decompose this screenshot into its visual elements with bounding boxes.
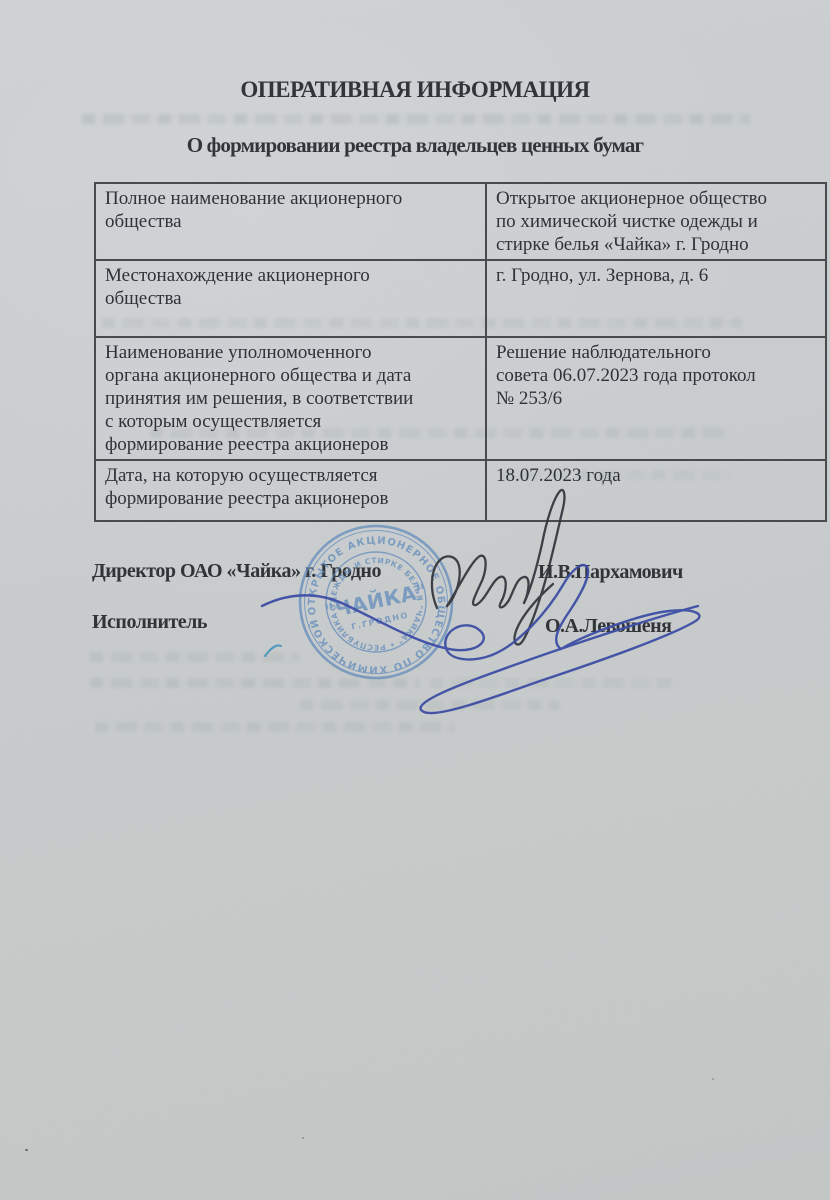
table-row: Полное наименование акционерного обществ… [95,183,826,260]
bleed-through-band [82,114,750,124]
paper-grain-texture [0,0,830,1200]
row-value: Открытое акционерное общество по химичес… [486,183,826,260]
bleed-through-band [430,678,680,688]
executor-role-label: Исполнитель [92,611,207,634]
row-label: Дата, на которую осуществляется формиров… [95,460,486,521]
director-name: И.В.Пархамович [538,561,683,584]
row-value: Решение наблюдательного совета 06.07.202… [486,337,826,460]
bleed-through-band [300,700,560,710]
row-value: г. Гродно, ул. Зернова, д. 6 [486,260,826,337]
info-table: Полное наименование акционерного обществ… [94,182,827,522]
executor-name: О.А.Левошеня [545,615,671,638]
table-row: Наименование уполномоченного органа акци… [95,337,826,460]
bleed-through-band [90,652,300,662]
paper-speck [712,1078,714,1080]
scanned-document-page: ОПЕРАТИВНАЯ ИНФОРМАЦИЯ О формировании ре… [0,0,830,1200]
row-label: Наименование уполномоченного органа акци… [95,337,486,460]
paper-speck [25,1149,28,1151]
row-label: Полное наименование акционерного обществ… [95,183,486,260]
stamp-outer-ring-text: ОТКРЫТОЕ АКЦИОНЕРНОЕ ОБЩЕСТВО ПО ХИМИЧЕС… [272,498,459,693]
row-label: Местонахождение акционерного общества [95,260,486,337]
row-value: 18.07.2023 года [486,460,826,521]
document-title: ОПЕРАТИВНАЯ ИНФОРМАЦИЯ [0,77,830,103]
table-row: Местонахождение акционерного общества г.… [95,260,826,337]
stamp-inner-ring-text: ОДЕЖДЫ И СТИРКЕ БЕЛЬЯ "ЧАЙКА" • РЕСПУБЛИ… [272,499,434,670]
company-round-stamp: ОТКРЫТОЕ АКЦИОНЕРНОЕ ОБЩЕСТВО ПО ХИМИЧЕС… [272,498,481,707]
paper-speck [302,1137,304,1139]
stamp-center-name: "ЧАЙКА" [322,578,429,623]
table-row: Дата, на которую осуществляется формиров… [95,460,826,521]
stamp-center-city: Г.ГРОДНО [350,611,409,632]
bleed-through-band [90,678,420,688]
bleed-through-band [95,722,455,732]
document-subtitle: О формировании реестра владельцев ценных… [0,133,830,158]
director-role-label: Директор ОАО «Чайка» г. Гродно [92,560,381,583]
executor-signature [262,565,699,713]
